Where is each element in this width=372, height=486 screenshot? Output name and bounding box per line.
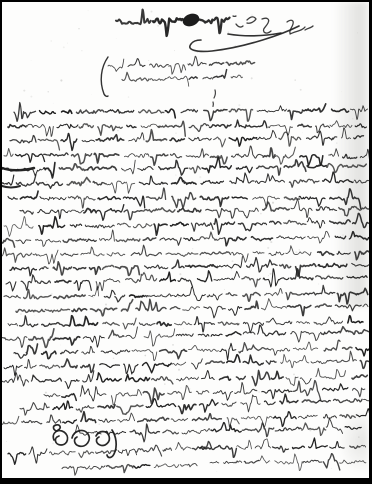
body-text-line-5 (2, 158, 366, 178)
closing-line-3 (200, 438, 366, 457)
body-text-line-9 (4, 213, 368, 236)
header-inscription (116, 10, 230, 36)
address-block (101, 57, 108, 96)
ink-layer (0, 0, 372, 486)
closing-line-4 (62, 463, 197, 475)
body-text-line-2 (8, 120, 366, 136)
closing-line-1 (74, 419, 361, 442)
body-text-line-13 (6, 269, 367, 291)
ink-blot (181, 11, 201, 28)
body-text-line-6 (2, 172, 369, 193)
body-text-line-18 (14, 340, 370, 360)
body-text-line-22 (20, 394, 370, 415)
address-line-2 (122, 70, 242, 87)
body-text-line-16 (8, 316, 363, 333)
body-text-line-17 (2, 325, 369, 347)
body-text-line-1 (14, 103, 368, 122)
body-text-line-12 (10, 257, 369, 277)
address-tick-marks (213, 90, 215, 106)
address-line-1 (108, 56, 255, 74)
header-flourish (190, 26, 299, 51)
manuscript-scan (0, 0, 372, 486)
header-side-marks (233, 16, 313, 34)
body-text-line-10 (2, 230, 369, 247)
body-text-line-11 (2, 245, 369, 264)
body-text-line-20 (2, 368, 367, 388)
body-text-line-8 (20, 199, 369, 220)
body-text-line-3 (10, 128, 364, 151)
body-text-line-14 (4, 285, 368, 304)
body-text-line-7 (8, 188, 361, 208)
closing-line-2 (8, 441, 211, 464)
body-text-line-19 (4, 351, 369, 375)
body-text-line-21 (44, 381, 365, 405)
body-text-line-15 (16, 299, 368, 318)
